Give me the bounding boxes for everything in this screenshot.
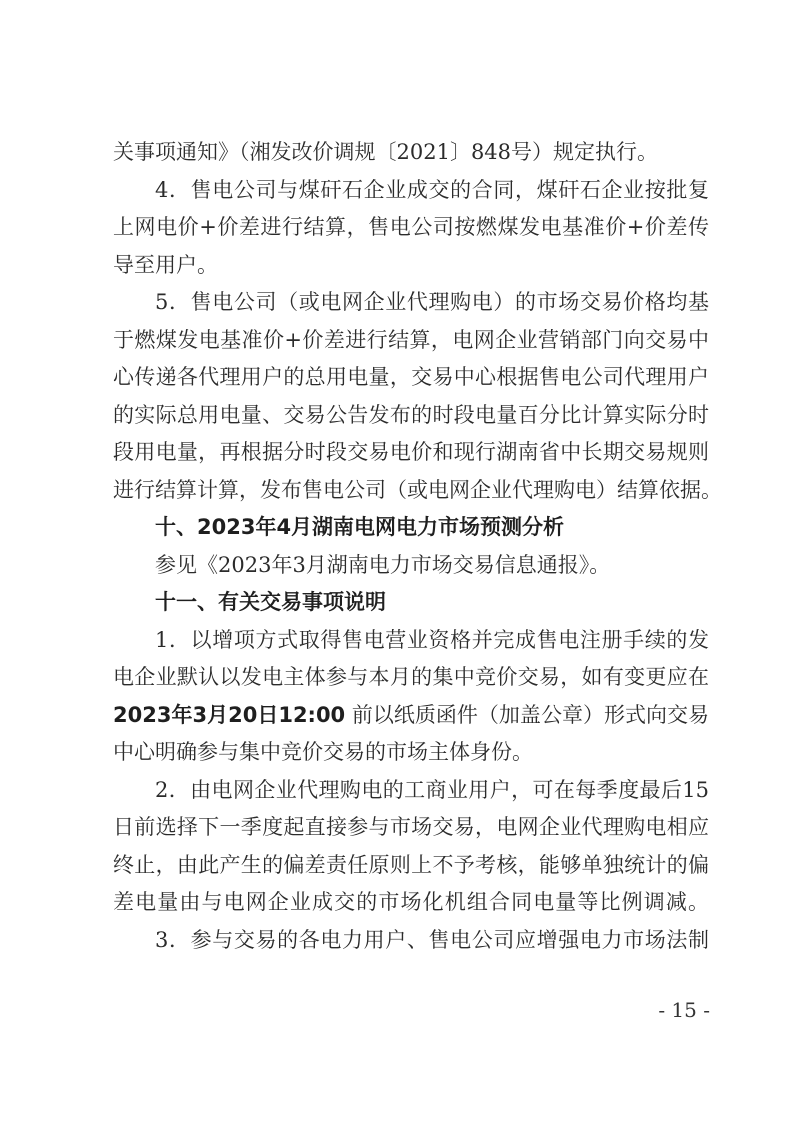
paragraph-line: 的实际总用电量、交易公告发布的时段电量百分比计算实际分时 bbox=[113, 397, 709, 435]
paragraph-line: 4．售电公司与煤矸石企业成交的合同，煤矸石企业按批复 bbox=[113, 172, 709, 210]
item-2-line-4: 差电量由与电网企业成交的市场化机组合同电量等比例调减。 bbox=[113, 884, 709, 922]
paragraph-line: 导至用户。 bbox=[113, 247, 709, 285]
paragraph-line: 5．售电公司（或电网企业代理购电）的市场交易价格均基 bbox=[113, 284, 709, 322]
deadline-datetime: 2023年3月20日12:00 bbox=[113, 703, 345, 727]
item-2-line-1: 2．由电网企业代理购电的工商业用户，可在每季度最后15 bbox=[113, 772, 709, 810]
paragraph-line: 进行结算计算，发布售电公司（或电网企业代理购电）结算依据。 bbox=[113, 472, 709, 510]
item-2-line-3: 终止，由此产生的偏差责任原则上不予考核，能够单独统计的偏 bbox=[113, 847, 709, 885]
paragraph-line: 关事项通知》（湘发改价调规〔2021〕848号）规定执行。 bbox=[113, 134, 709, 172]
item-2-line-2: 日前选择下一季度起直接参与市场交易，电网企业代理购电相应 bbox=[113, 809, 709, 847]
item-1-line-1: 1．以增项方式取得售电营业资格并完成售电注册手续的发 bbox=[113, 622, 709, 660]
section-heading-11: 十一、有关交易事项说明 bbox=[113, 584, 709, 622]
document-page: 关事项通知》（湘发改价调规〔2021〕848号）规定执行。 4．售电公司与煤矸石… bbox=[0, 0, 794, 1123]
paragraph-line: 于燃煤发电基准价+价差进行结算，电网企业营销部门向交易中 bbox=[113, 322, 709, 360]
item-1-line-3: 2023年3月20日12:00 前以纸质函件（加盖公章）形式向交易 bbox=[113, 697, 709, 735]
item-1-line-4: 中心明确参与集中竞价交易的市场主体身份。 bbox=[113, 734, 709, 772]
paragraph-line: 段用电量，再根据分时段交易电价和现行湖南省中长期交易规则 bbox=[113, 434, 709, 472]
item-3-line-1: 3．参与交易的各电力用户、售电公司应增强电力市场法制 bbox=[113, 922, 709, 960]
page-number: - 15 - bbox=[640, 998, 710, 1022]
paragraph-line: 上网电价+价差进行结算，售电公司按燃煤发电基准价+价差传 bbox=[113, 209, 709, 247]
paragraph-line: 心传递各代理用户的总用电量，交易中心根据售电公司代理用户 bbox=[113, 359, 709, 397]
section-10-body: 参见《2023年3月湖南电力市场交易信息通报》。 bbox=[113, 547, 709, 585]
item-1-line-2: 电企业默认以发电主体参与本月的集中竞价交易，如有变更应在 bbox=[113, 659, 709, 697]
document-body: 关事项通知》（湘发改价调规〔2021〕848号）规定执行。 4．售电公司与煤矸石… bbox=[113, 134, 709, 959]
section-heading-10: 十、2023年4月湖南电网电力市场预测分析 bbox=[113, 509, 709, 547]
item-1-line-3-rest: 前以纸质函件（加盖公章）形式向交易 bbox=[352, 703, 709, 727]
